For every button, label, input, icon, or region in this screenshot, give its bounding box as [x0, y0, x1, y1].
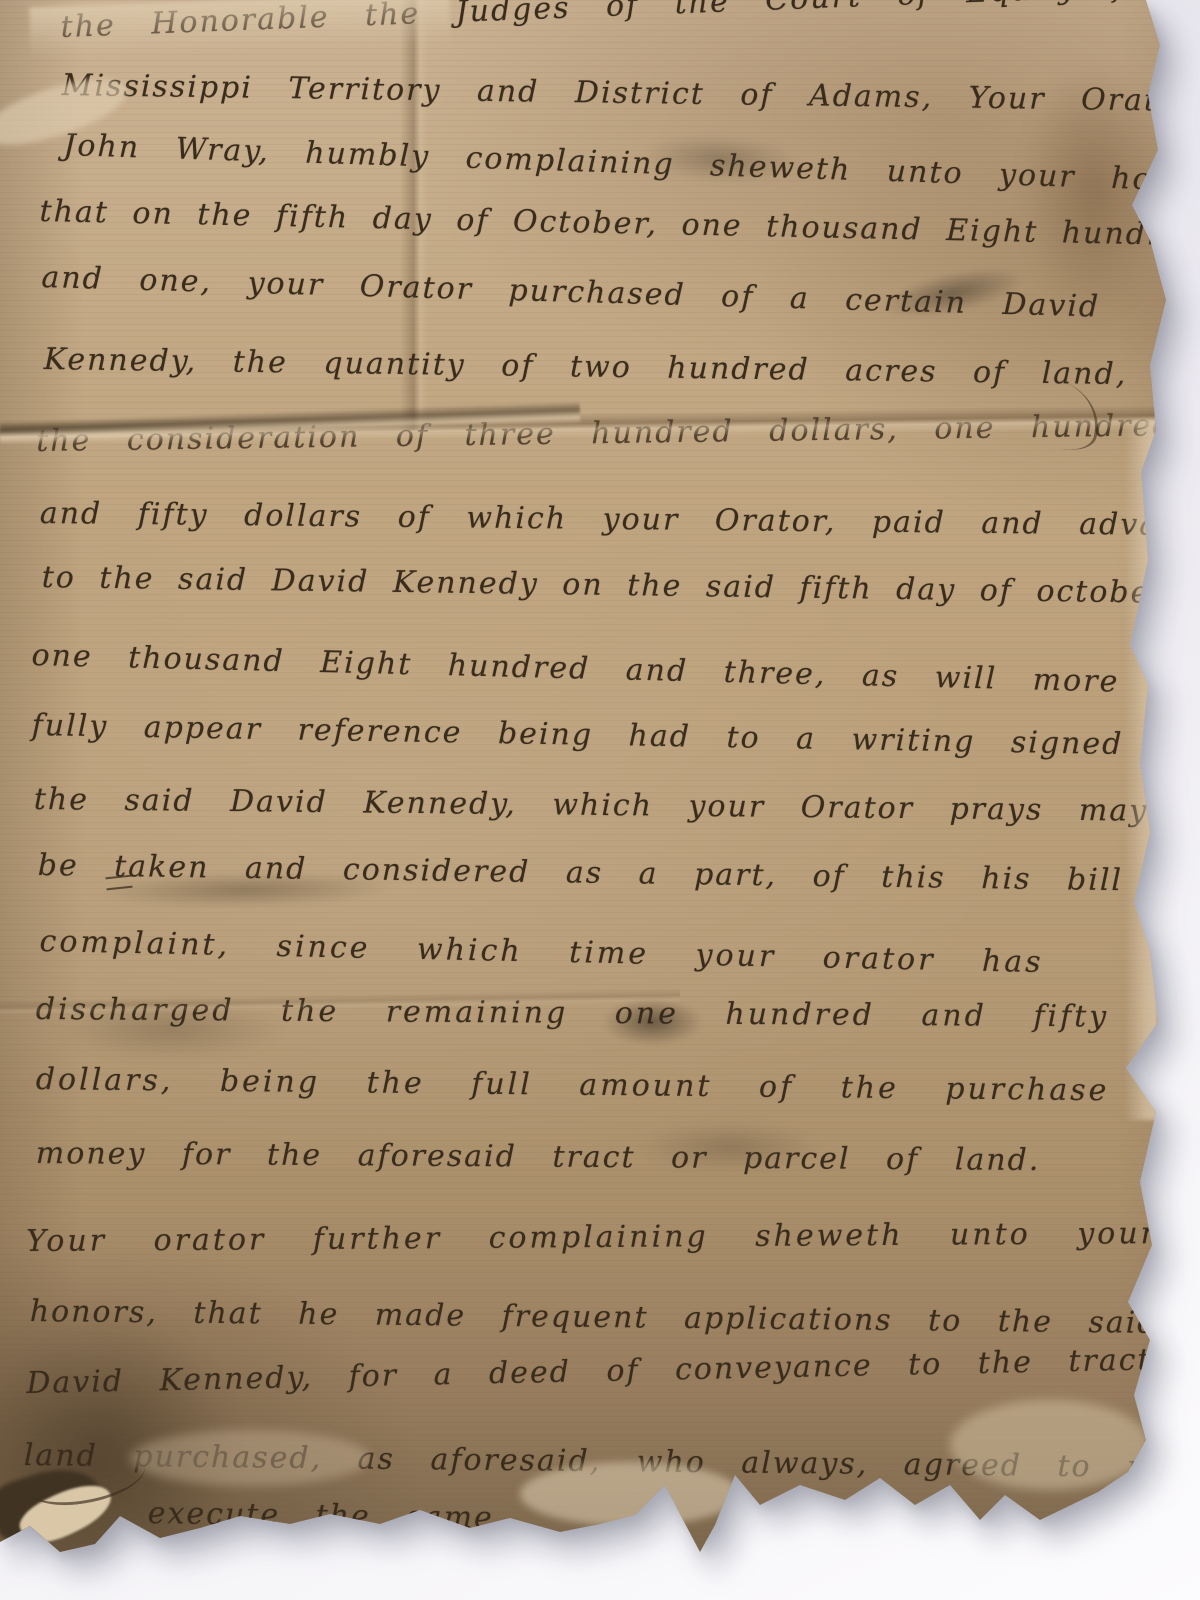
manuscript-shadow-wrap: the Honorable the Judges of the Court of… — [0, 0, 1200, 1600]
manuscript-page: the Honorable the Judges of the Court of… — [0, 0, 1200, 1600]
manuscript-line: execute the same — [148, 1496, 495, 1536]
manuscript-line: dollars, being the full amount of the pu… — [36, 1062, 1110, 1108]
manuscript-line: Mississippi Territory and District of Ad… — [62, 68, 1200, 119]
manuscript-line: the said David Kennedy, which your Orato… — [34, 782, 1149, 829]
manuscript-line: discharged the remaining one hundred and… — [36, 992, 1110, 1034]
manuscript-line: land purchased, as aforesaid, who always… — [24, 1438, 1200, 1485]
manuscript-line: fully appear reference being had to a wr… — [31, 708, 1199, 763]
manuscript-line: Your orator further complaining sheweth … — [26, 1216, 1158, 1259]
manuscript-line: complaint, since which time your orator … — [39, 924, 1044, 980]
manuscript-line: John Wray, humbly complaining sheweth un… — [63, 128, 1200, 200]
manuscript-line: honors, that he made frequent applicatio… — [30, 1294, 1159, 1341]
manuscript-line: the Honorable the Judges of the Court of… — [60, 0, 1200, 45]
photo-backdrop: the Honorable the Judges of the Court of… — [0, 0, 1200, 1600]
manuscript-line: Kennedy, the quantity of two hundred acr… — [44, 342, 1200, 393]
manuscript-line: be taken and considered as a part, of th… — [38, 848, 1192, 899]
manuscript-line: one thousand Eight hundred and three, as… — [31, 638, 1120, 700]
manuscript-line: to the said David Kennedy on the said fi… — [42, 560, 1176, 611]
manuscript-line: and fifty dollars of which your Orator, … — [40, 496, 1200, 544]
manuscript-line: David Kennedy, for a deed of conveyance … — [26, 1342, 1152, 1401]
manuscript-line: that on the fifth day of October, one th… — [39, 194, 1200, 253]
manuscript-line: money for the aforesaid tract or parcel … — [36, 1136, 1041, 1178]
manuscript-line: and one, your Orator purchased of a cert… — [41, 260, 1101, 325]
manuscript-text: the Honorable the Judges of the Court of… — [0, 0, 1200, 1600]
manuscript-line: the consideration of three hundred dolla… — [36, 408, 1174, 459]
